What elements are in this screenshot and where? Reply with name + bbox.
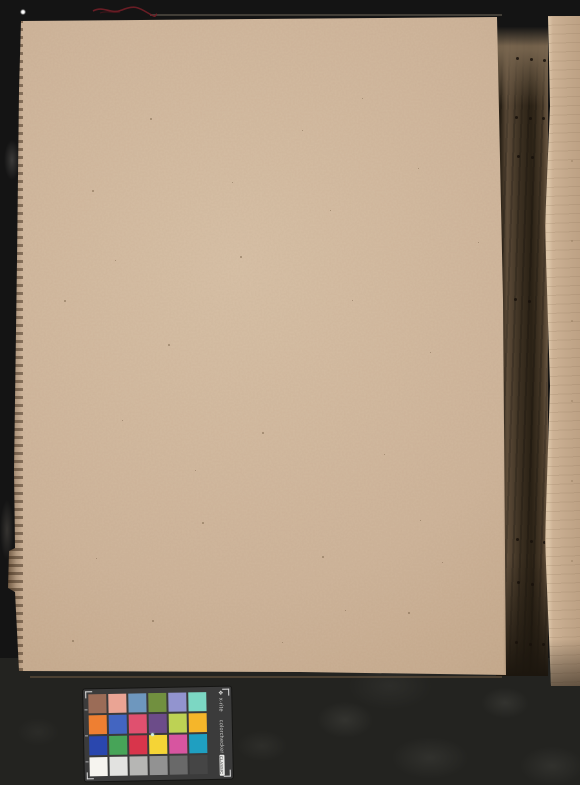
color-patch <box>149 756 167 775</box>
paper-speck <box>96 558 97 559</box>
color-patch <box>88 694 106 713</box>
sewing-hole <box>517 581 520 584</box>
photo-background: ❖ x-rite colorchecker CLASSIC <box>0 0 580 785</box>
row-tick <box>85 735 88 736</box>
perforation-dot <box>571 480 573 482</box>
color-patch <box>168 692 186 711</box>
color-patch <box>89 736 107 755</box>
paper-speck <box>262 432 264 434</box>
color-patch <box>189 734 207 753</box>
paper-speck <box>430 352 431 353</box>
registration-dot <box>151 733 154 736</box>
paper-speck <box>478 242 479 243</box>
sewing-hole <box>530 540 533 543</box>
color-patch <box>149 714 167 733</box>
paper-speck <box>330 210 331 211</box>
paper-speck <box>195 470 196 471</box>
paper-speck <box>420 520 421 521</box>
perforation-dot <box>571 240 573 242</box>
sewing-hole <box>542 643 545 646</box>
color-patch <box>109 715 127 734</box>
paper-grain-texture <box>8 12 510 680</box>
sewing-hole <box>516 538 519 541</box>
sewing-hole <box>531 156 534 159</box>
background-smudge <box>4 140 20 180</box>
paper-speck <box>152 620 154 622</box>
color-patch <box>128 693 146 712</box>
sewing-hole <box>529 117 532 120</box>
color-patch <box>189 755 207 774</box>
sewing-hole <box>542 117 545 120</box>
sewing-hole <box>514 298 517 301</box>
brand-name: ❖ x-rite <box>217 690 223 712</box>
sewing-hole <box>529 643 532 646</box>
paper-speck <box>362 98 363 99</box>
paper-speck <box>122 420 123 421</box>
perforation-dot <box>571 560 573 562</box>
underlying-page-edge <box>150 14 502 16</box>
color-patch <box>109 757 127 776</box>
color-patch-grid <box>88 692 208 776</box>
paper-speck <box>345 610 346 611</box>
highlight-dot <box>20 9 26 15</box>
sewing-hole <box>528 300 531 303</box>
color-patch <box>148 693 166 712</box>
color-patch <box>169 713 187 732</box>
perforation-dot <box>571 320 573 322</box>
brand-text: x-rite <box>217 698 223 712</box>
paper-speck <box>322 556 324 558</box>
color-patch <box>109 736 127 755</box>
color-patch <box>189 713 207 732</box>
worn-left-edge <box>8 12 23 680</box>
color-patch <box>129 735 147 754</box>
perforation-dot <box>571 160 573 162</box>
paper-speck <box>408 612 410 614</box>
paper-speck <box>232 182 233 183</box>
paper-speck <box>150 118 152 120</box>
color-patch <box>188 692 206 711</box>
paper-speck <box>202 522 204 524</box>
paper-speck <box>72 640 74 642</box>
sewing-hole <box>543 59 546 62</box>
paper-speck <box>418 168 419 169</box>
color-patch <box>89 715 107 734</box>
paper-speck <box>442 562 443 563</box>
color-patch <box>129 714 147 733</box>
row-tick <box>85 709 88 710</box>
product-text: colorchecker <box>218 720 225 754</box>
paper-speck <box>115 260 116 261</box>
color-patch <box>108 694 126 713</box>
color-patch <box>149 735 167 754</box>
product-name: colorchecker CLASSIC <box>218 720 225 776</box>
paper-speck <box>92 190 94 192</box>
paper-speck <box>302 130 303 131</box>
sewing-hole <box>516 57 519 60</box>
color-patch <box>169 734 187 753</box>
paper-speck <box>240 256 242 258</box>
sewing-hole <box>515 116 518 119</box>
paper-speck <box>64 300 66 302</box>
brand-strip: ❖ x-rite colorchecker CLASSIC <box>210 690 232 776</box>
color-patch <box>89 757 107 776</box>
color-patch <box>129 756 147 775</box>
paper-speck <box>168 344 170 346</box>
page-stack-edge <box>30 676 502 678</box>
perforation-dot <box>571 400 573 402</box>
sewing-hole <box>517 155 520 158</box>
paper-speck <box>384 454 385 455</box>
color-patch <box>169 755 187 774</box>
adjacent-page-edge <box>544 16 580 686</box>
color-checker-card: ❖ x-rite colorchecker CLASSIC <box>83 687 233 782</box>
row-tick <box>86 761 89 762</box>
sewing-hole <box>531 583 534 586</box>
red-thread <box>90 2 160 22</box>
blank-book-page <box>8 12 510 680</box>
badge-label: CLASSIC <box>219 755 224 776</box>
xrite-logo-icon: ❖ <box>217 690 223 697</box>
paper-speck <box>352 300 353 301</box>
paper-speck <box>282 642 283 643</box>
sewing-hole <box>530 58 533 61</box>
sewing-hole <box>515 641 518 644</box>
